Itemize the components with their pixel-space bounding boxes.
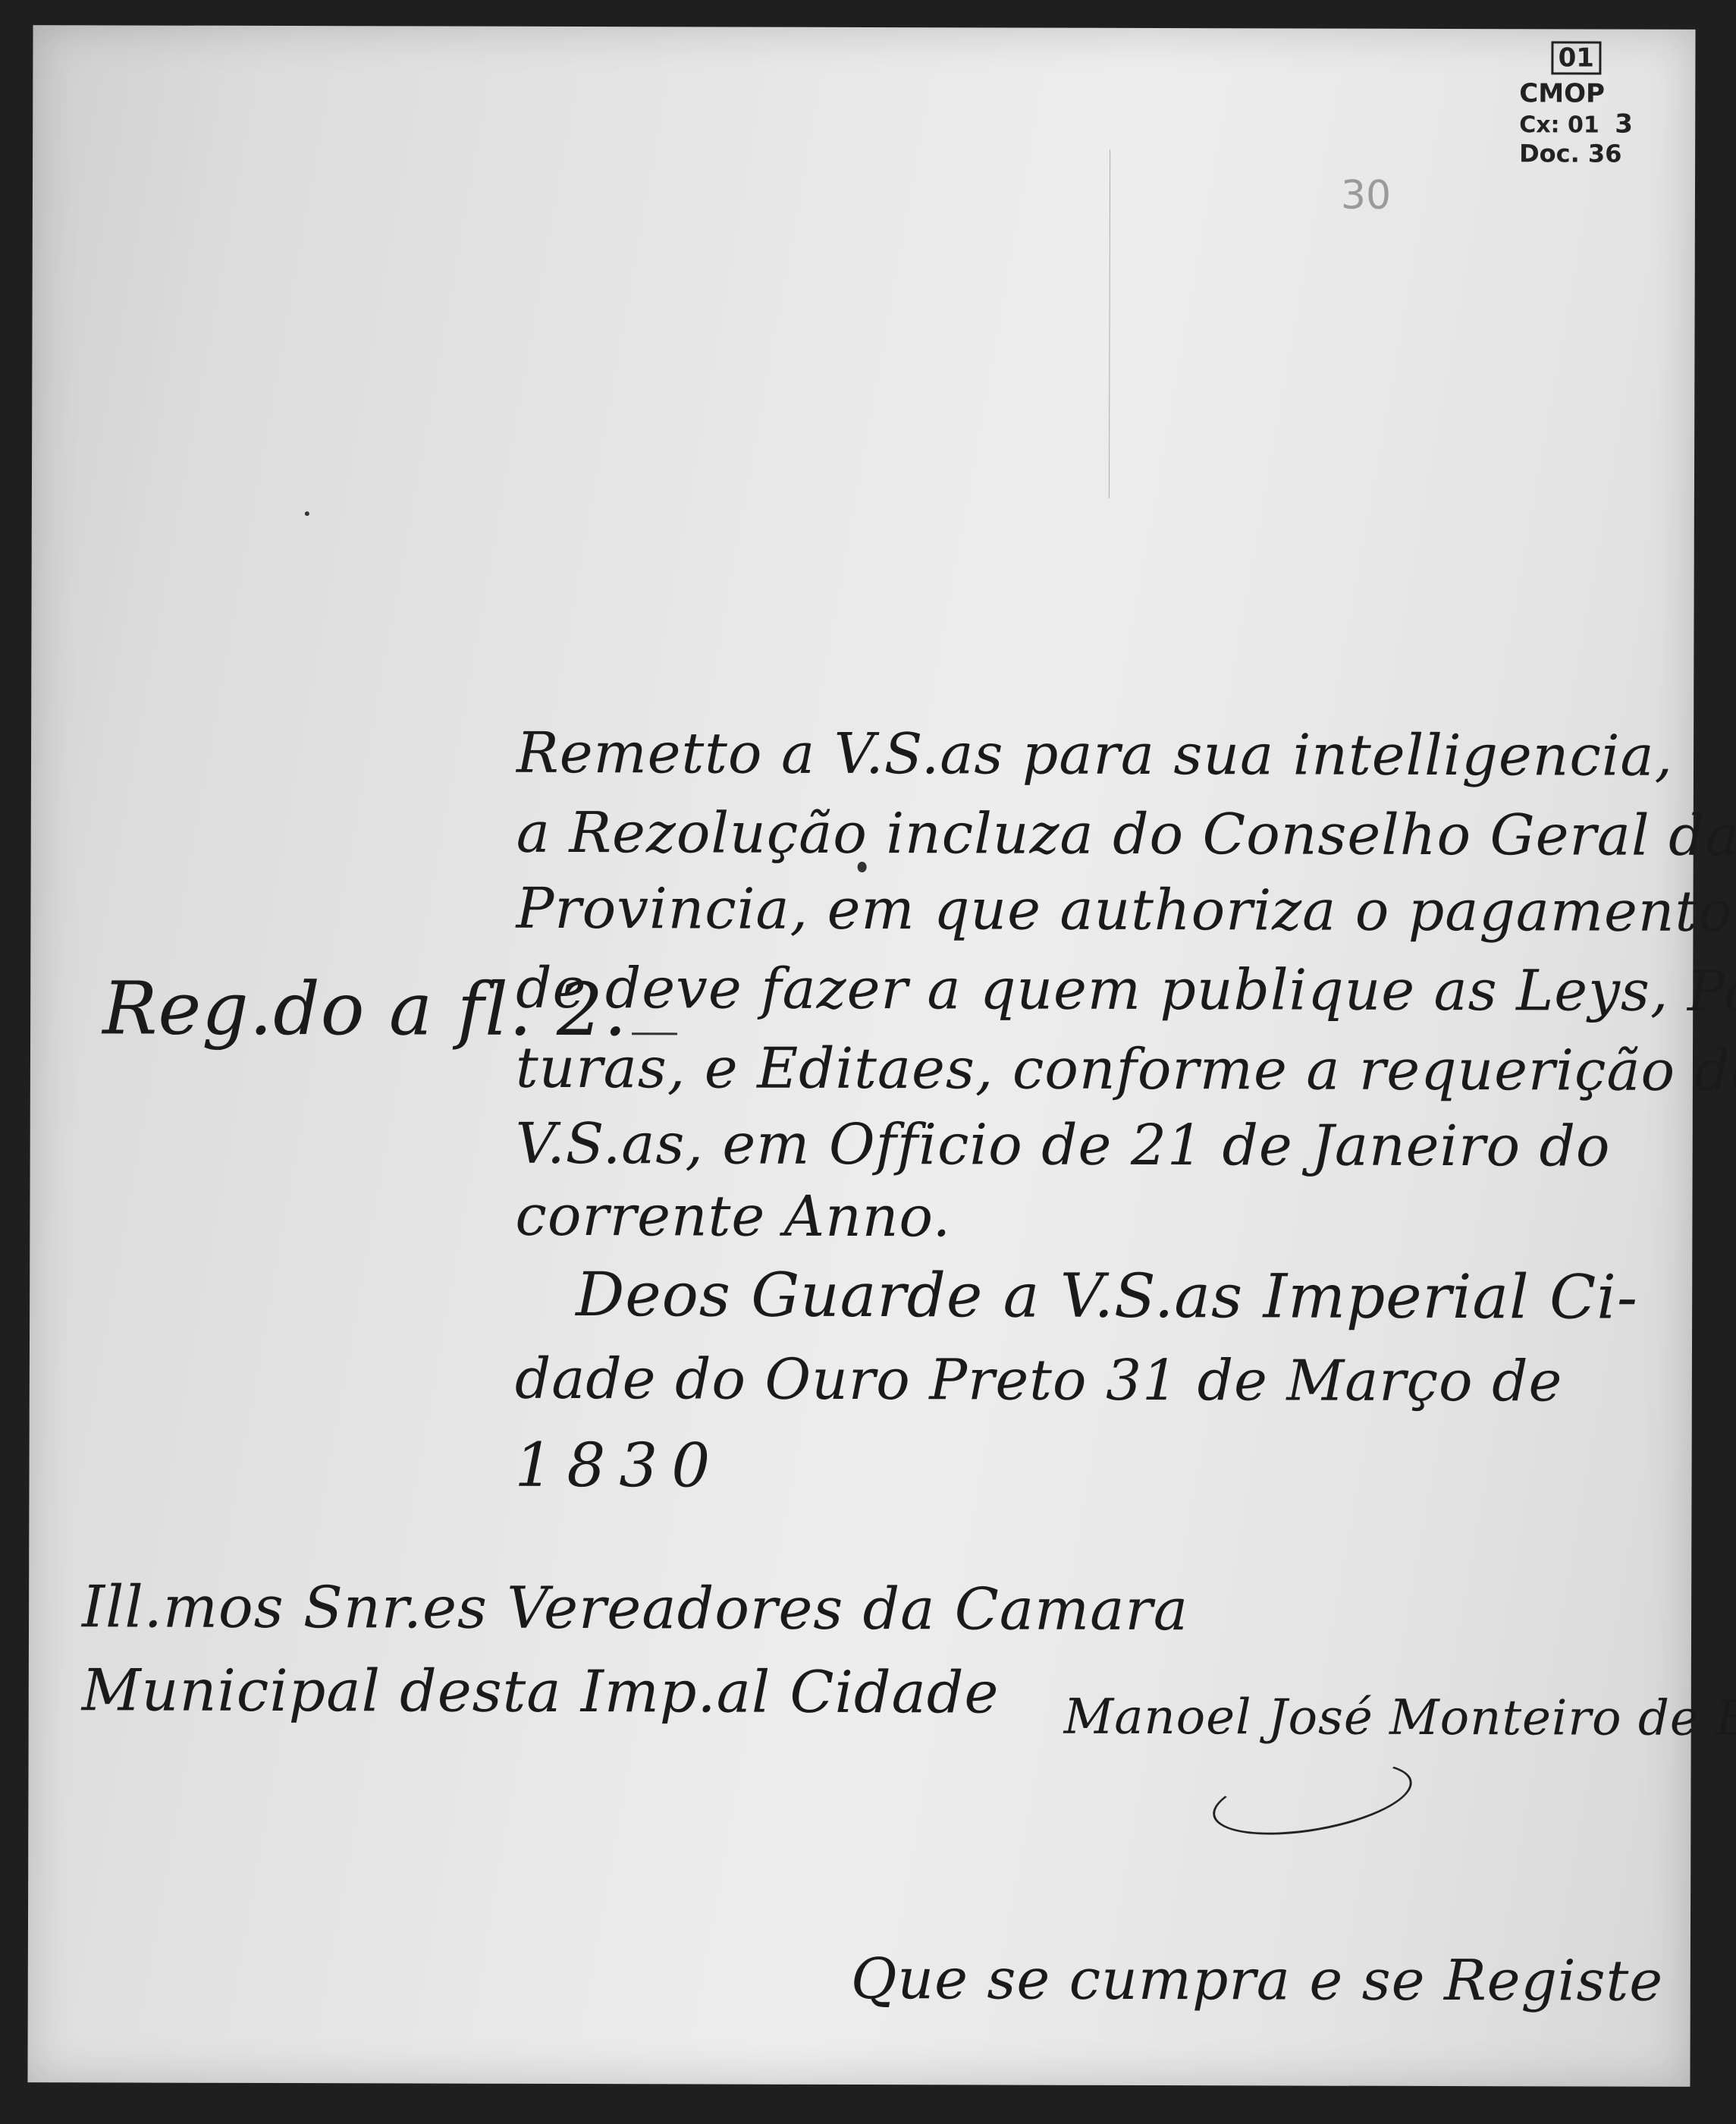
paper-fold-line xyxy=(1109,149,1110,498)
date-year: 1830 xyxy=(514,1430,724,1501)
body-line-6: V.S.as, em Officio de 21 de Janeiro do xyxy=(516,1111,1611,1180)
signature: Manoel José Monteiro de Barros xyxy=(1064,1689,1736,1748)
margin-note-underline xyxy=(633,1032,678,1035)
addressee-line-2: Municipal desta Imp.al Cidade xyxy=(82,1656,1000,1726)
archive-doc-ref: Doc. 36 xyxy=(1519,139,1621,168)
closing-line-1: Deos Guarde a V.S.as Imperial Ci- xyxy=(576,1259,1638,1333)
archive-box-label: 01 xyxy=(1552,41,1601,74)
archive-box-ref: Cx: 01 xyxy=(1519,112,1599,138)
body-line-5: turas, e Editaes, conforme a requerição … xyxy=(516,1035,1736,1104)
archive-collection: CMOP xyxy=(1519,78,1605,108)
archive-folio-suffix: 3 xyxy=(1615,109,1633,140)
pencil-page-number: 30 xyxy=(1341,173,1391,218)
body-line-3: Provincia, em que authoriza o pagamento … xyxy=(516,876,1736,945)
closing-line-2: dade do Ouro Preto 31 de Março de xyxy=(515,1346,1563,1415)
ink-speck xyxy=(305,511,309,516)
despacho-note: Que se cumpra e se Registe xyxy=(851,1946,1663,2014)
body-line-7: corrente Anno. xyxy=(515,1183,951,1250)
body-line-4: de deve fazer a quem publique as Leys, P… xyxy=(516,956,1736,1024)
body-line-2: a Rezolução incluza do Conselho Geral da xyxy=(516,800,1736,869)
addressee-line-1: Ill.mos Snr.es Vereadores da Camara xyxy=(82,1573,1188,1643)
body-line-1: Remetto a V.S.as para sua intelligencia, xyxy=(516,721,1673,789)
manuscript-page: 30 01 CMOP Cx: 01 3 Doc. 36 Reg.do a fl.… xyxy=(27,25,1695,2087)
archive-stamp: 01 CMOP Cx: 01 3 Doc. 36 xyxy=(1519,41,1633,165)
signature-flourish xyxy=(1207,1749,1417,1847)
